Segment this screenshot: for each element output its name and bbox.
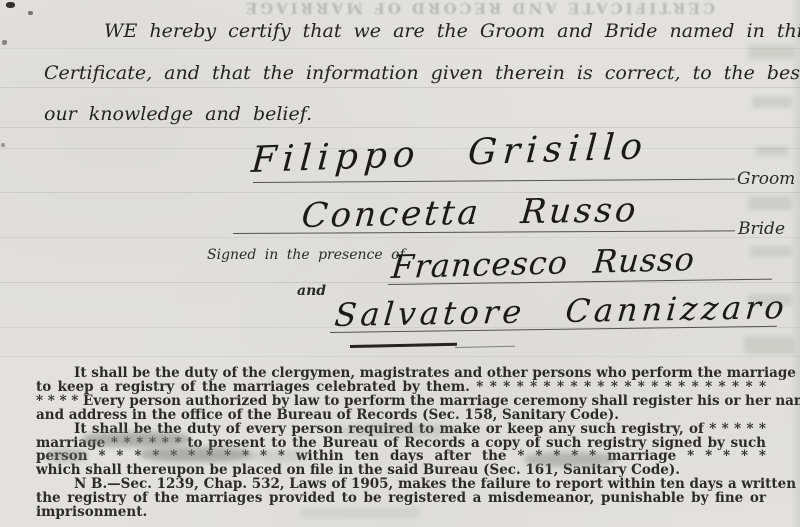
smudge-mark bbox=[46, 449, 88, 462]
and-label: and bbox=[297, 283, 326, 299]
bleedthrough-mark bbox=[744, 336, 794, 354]
bride-label: Bride bbox=[738, 219, 785, 239]
ruled-line bbox=[0, 356, 800, 357]
groom-label: Groom bbox=[737, 169, 795, 189]
certification-line: WE hereby certify that we are the Groom … bbox=[44, 16, 768, 58]
smudge-mark bbox=[250, 450, 310, 462]
scan-speck bbox=[1, 143, 5, 147]
scan-speck bbox=[2, 40, 7, 45]
groom-signature-line bbox=[253, 179, 735, 183]
smudge-mark bbox=[140, 447, 252, 462]
smudge-mark bbox=[82, 432, 190, 447]
witness1-signature: Francesco Russo bbox=[390, 240, 697, 286]
ghost-header-bleedthrough: CERTIFICATE AND RECORD OF MARRIAGE bbox=[245, 0, 715, 17]
smudge-mark bbox=[524, 452, 616, 467]
certification-line: Certificate, and that the information gi… bbox=[44, 58, 768, 100]
scan-speck bbox=[6, 2, 15, 8]
bride-signature: Concetta Russo bbox=[300, 190, 640, 236]
bleedthrough-mark bbox=[748, 196, 792, 210]
certification-text: WE hereby certify that we are the Groom … bbox=[44, 16, 768, 141]
ink-dash-tail bbox=[455, 346, 515, 348]
ruled-line bbox=[0, 237, 800, 238]
bleedthrough-mark bbox=[755, 146, 789, 156]
scan-edge-shadow bbox=[790, 0, 800, 527]
bleedthrough-mark bbox=[750, 246, 792, 257]
scan-speck bbox=[28, 11, 33, 15]
smudge-mark bbox=[340, 424, 460, 437]
ink-dash-mark bbox=[350, 343, 457, 348]
legal-line: the registry of the marriages provided t… bbox=[36, 492, 766, 520]
ruled-line bbox=[0, 192, 800, 193]
scanned-marriage-certificate: CERTIFICATE AND RECORD OF MARRIAGE WE he… bbox=[0, 0, 800, 527]
witness-intro-label: Signed in the presence of bbox=[207, 247, 405, 263]
